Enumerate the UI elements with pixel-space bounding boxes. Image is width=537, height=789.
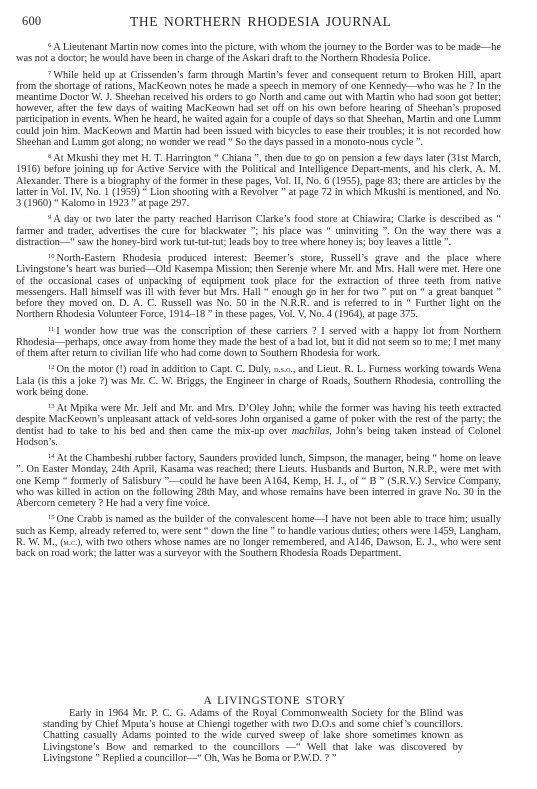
footnote-number: 11 bbox=[48, 326, 54, 333]
footnote-number: 14 bbox=[48, 453, 55, 460]
footnote-number: 7 bbox=[48, 70, 51, 77]
footnote-number: 8 bbox=[48, 153, 51, 160]
honours-abbreviation: d.s.o. bbox=[274, 364, 293, 374]
footnote-text: A day or two later the party reached Har… bbox=[16, 214, 501, 247]
footnote-text: A Lieutenant Martin now comes into the p… bbox=[16, 42, 501, 64]
journal-title: THE NORTHERN RHODESIA JOURNAL bbox=[130, 14, 391, 30]
footnote-7: 7While held up at Crissenden’s farm thro… bbox=[16, 70, 501, 148]
footnote-15: 15One Crabb is named as the builder of t… bbox=[16, 514, 501, 559]
footnote-12: 12On the motor (!) road in addition to C… bbox=[16, 364, 501, 398]
footnotes-section: 6A Lieutenant Martin now comes into the … bbox=[16, 42, 501, 564]
footnote-text: While held up at Crissenden’s farm throu… bbox=[16, 70, 501, 148]
page-number: 600 bbox=[22, 14, 41, 29]
footnote-8: 8At Mkushi they met H. T. Harrington “ C… bbox=[16, 153, 501, 209]
footnote-text: At the Chambeshi rubber factory, Saunder… bbox=[16, 453, 501, 509]
story-heading: A LIVINGSTONE STORY bbox=[0, 695, 537, 707]
footnote-11: 11I wonder how true was the conscription… bbox=[16, 326, 501, 360]
footnote-10: 10North-Eastern Rhodesia produced intere… bbox=[16, 253, 501, 320]
running-head: 600 THE NORTHERN RHODESIA JOURNAL bbox=[22, 14, 517, 30]
italic-term: machilas bbox=[292, 426, 330, 437]
footnote-text: North-Eastern Rhodesia produced interest… bbox=[16, 253, 501, 320]
story-paragraph: Early in 1964 Mr. P. C. G. Adams of the … bbox=[43, 708, 463, 764]
footnote-text: At Mkushi they met H. T. Harrington “ Ch… bbox=[16, 153, 501, 209]
footnote-text: I wonder how true was the conscription o… bbox=[16, 326, 501, 359]
footnote-6: 6A Lieutenant Martin now comes into the … bbox=[16, 42, 501, 64]
footnote-13: 13At Mpika were Mr. Jelf and Mr. and Mrs… bbox=[16, 403, 501, 448]
footnote-9: 9A day or two later the party reached Ha… bbox=[16, 214, 501, 248]
story-title: A LIVINGSTONE STORY bbox=[203, 695, 345, 707]
footnote-text: On the motor (!) road in addition to Cap… bbox=[57, 364, 275, 375]
footnote-number: 9 bbox=[48, 214, 51, 221]
footnote-number: 12 bbox=[48, 364, 55, 371]
footnote-text-continued: , with two others whose names are no lon… bbox=[16, 537, 501, 559]
footnote-number: 13 bbox=[48, 403, 55, 410]
footnote-14: 14At the Chambeshi rubber factory, Saund… bbox=[16, 453, 501, 509]
honours-abbreviation: (m.c.) bbox=[60, 537, 80, 547]
footnote-number: 6 bbox=[48, 42, 51, 49]
journal-page: 600 THE NORTHERN RHODESIA JOURNAL 6A Lie… bbox=[0, 0, 537, 789]
footnote-number: 15 bbox=[48, 514, 55, 521]
footnote-number: 10 bbox=[48, 253, 55, 260]
